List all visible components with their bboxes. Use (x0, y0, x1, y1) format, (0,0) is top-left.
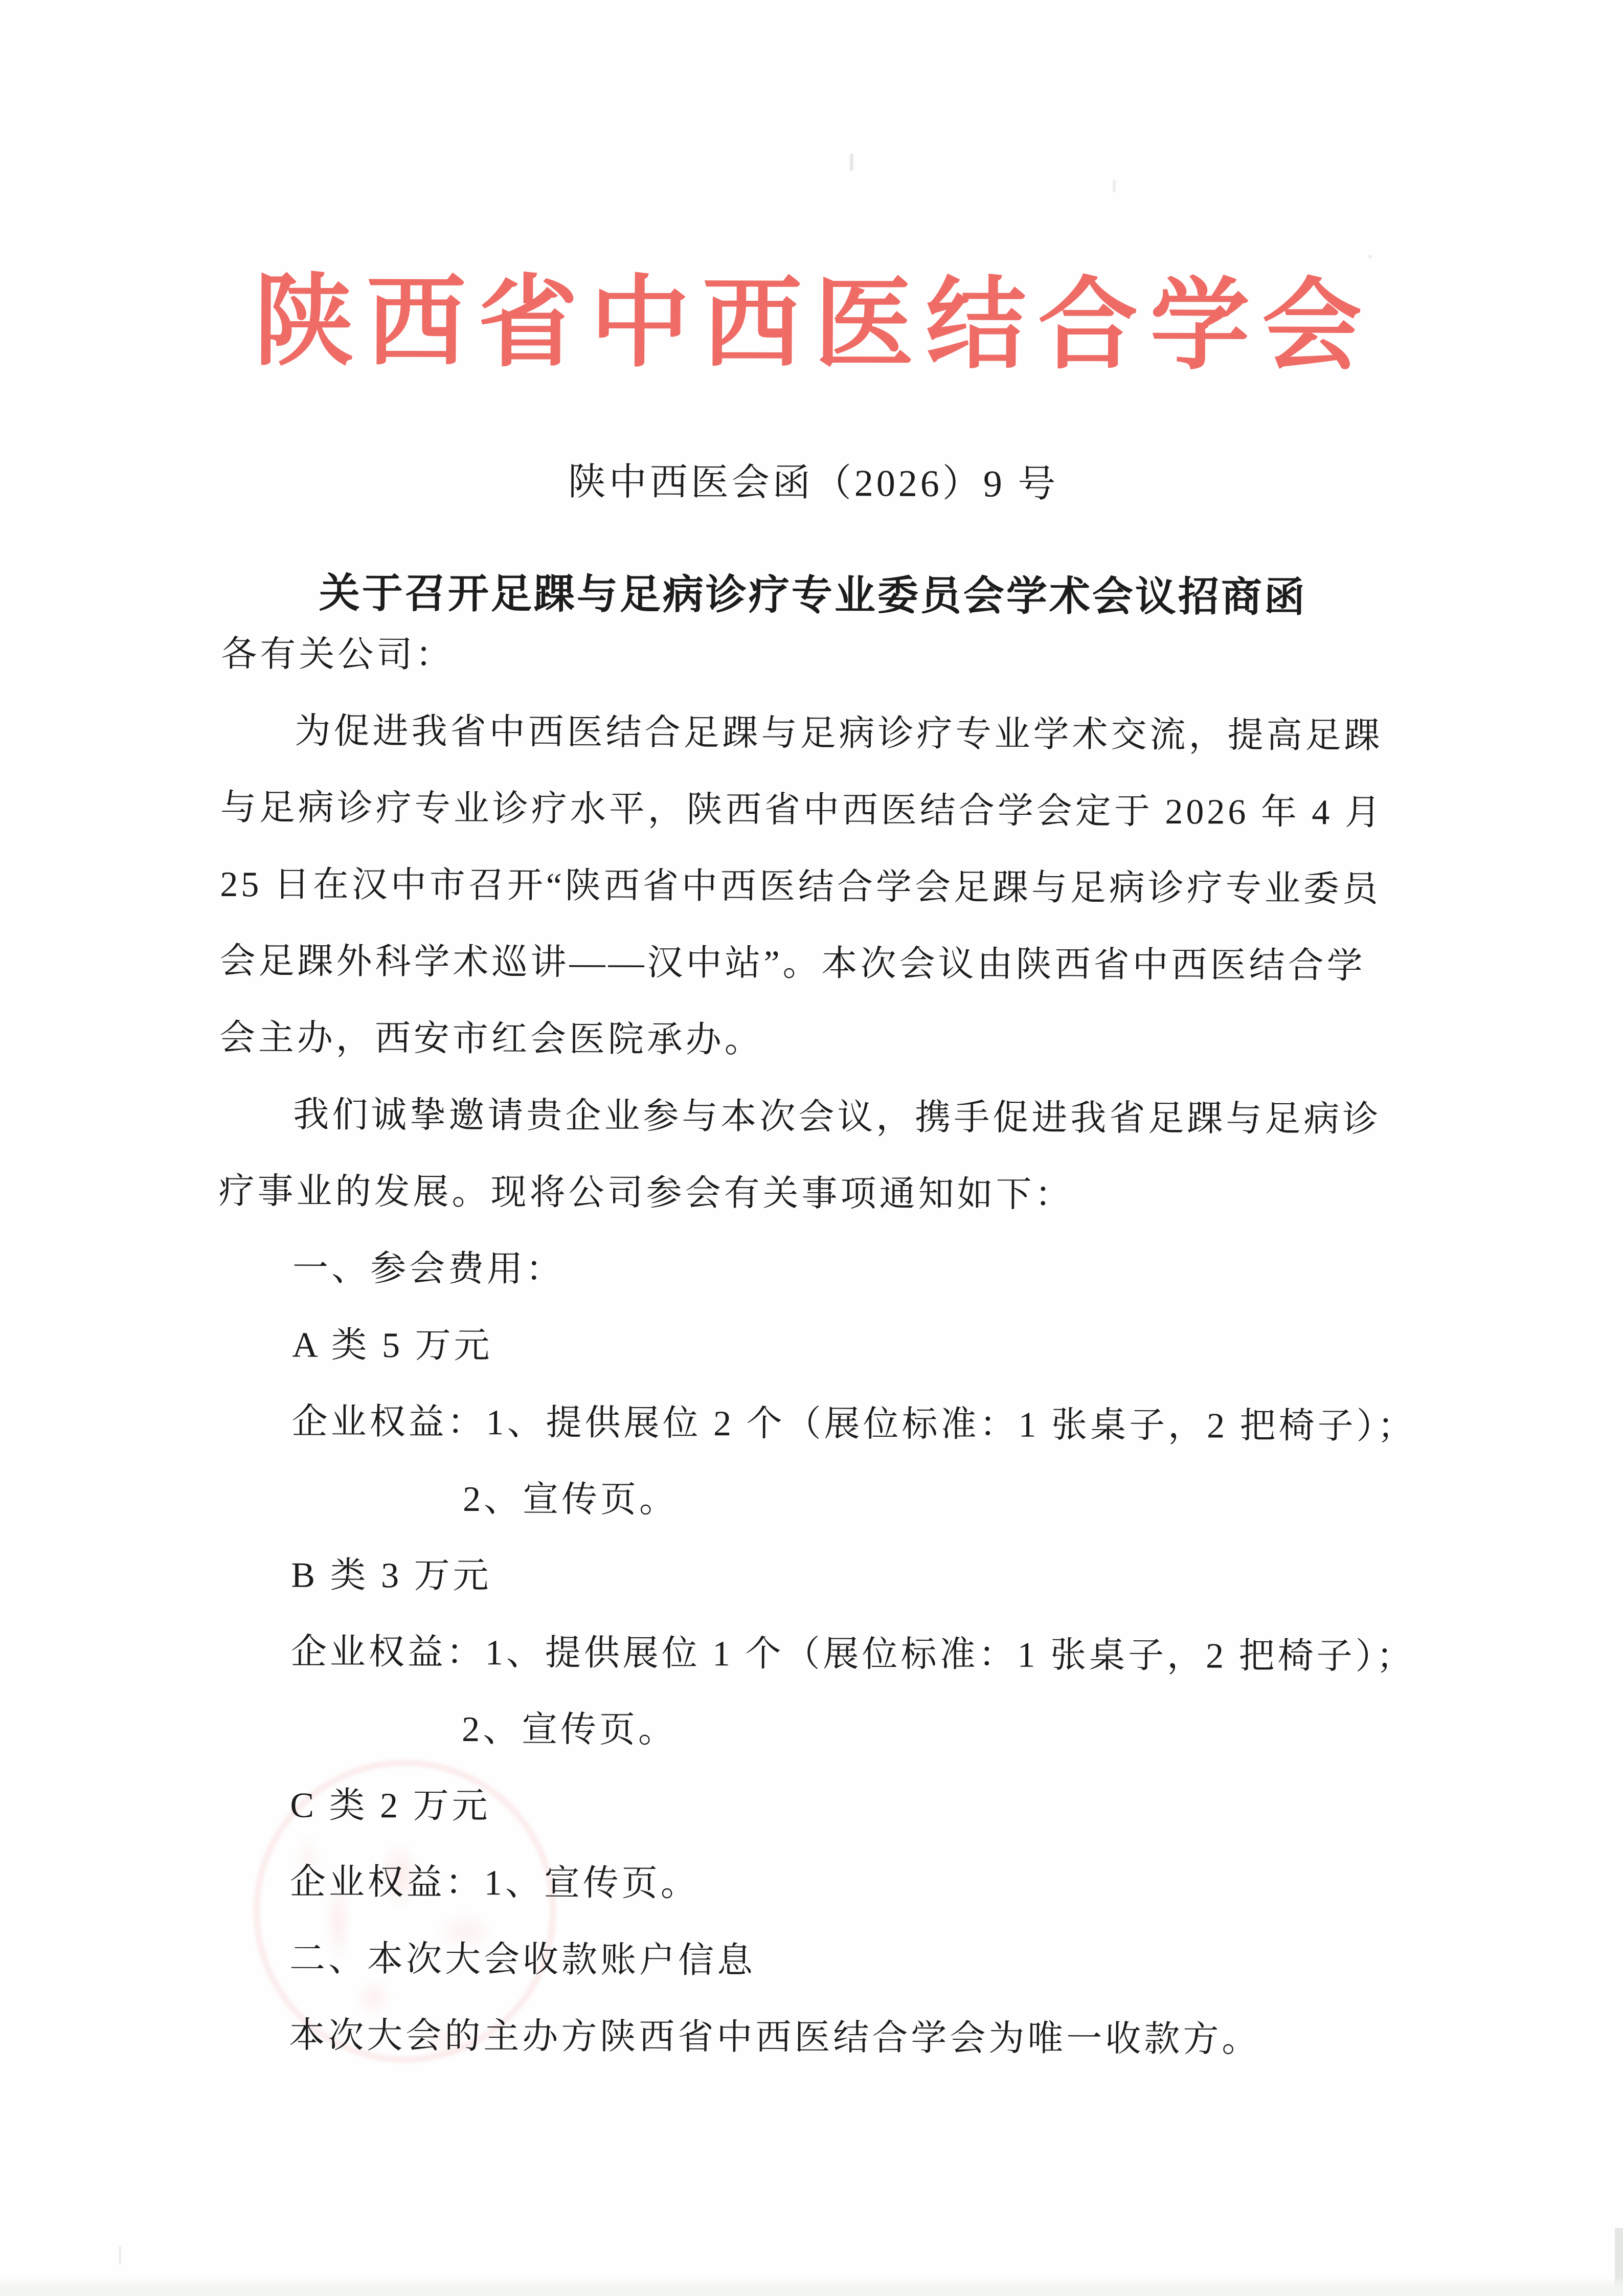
salutation-line: 各有关公司： (221, 616, 1430, 698)
text-line: 企业权益：1、提供展位 2 个（展位标准：1 张桌子，2 把椅子）； (217, 1384, 1427, 1465)
text-line: 我们诚挚邀请贵企业参与本次会议，携手促进我省足踝与足病诊 (219, 1077, 1428, 1158)
text-line: 与足病诊疗专业诊疗水平，陕西省中西医结合学会定于 2026 年 4 月 (220, 770, 1430, 852)
text-line: 2、宣传页。 (217, 1460, 1427, 1542)
scan-artifact (850, 153, 853, 171)
text-line: 为促进我省中西医结合足踝与足病诊疗专业学术交流，提高足踝 (220, 693, 1430, 775)
scan-artifact (1113, 180, 1116, 192)
section-heading-line: 二、本次大会收款账户信息 (215, 1921, 1425, 2002)
text-line: 25 日在汉中市召开“陕西省中西医结合学会足踝与足病诊疗专业委员 (220, 846, 1429, 928)
text-line: 本次大会的主办方陕西省中西医结合学会为唯一收款方。 (215, 1997, 1424, 2079)
document-body: 各有关公司： 为促进我省中西医结合足踝与足病诊疗专业学术交流，提高足踝 与足病诊… (215, 616, 1430, 2079)
section-heading-line: 一、参会费用： (218, 1230, 1428, 1312)
fee-tier-line: A 类 5 万元 (218, 1307, 1427, 1389)
letterhead-org-name: 陕西省中西医结合学会 (2, 250, 1623, 400)
text-line: 企业权益：1、提供展位 1 个（展位标准：1 张桌子，2 把椅子）； (216, 1614, 1426, 1696)
scanned-content: 陕西省中西医结合学会 陕中西医会函（2026）9 号 关于召开足踝与足病诊疗专业… (0, 0, 1623, 2296)
fee-tier-line: B 类 3 万元 (217, 1537, 1426, 1619)
text-line: 会主办，西安市红会医院承办。 (219, 1000, 1429, 1082)
text-line: 会足踝外科学术巡讲——汉中站”。本次会议由陕西省中西医结合学 (219, 923, 1429, 1005)
text-line: 疗事业的发展。现将公司参会有关事项通知如下： (218, 1153, 1428, 1235)
text-line: 企业权益：1、宣传页。 (215, 1844, 1425, 1926)
fee-tier-line: C 类 2 万元 (216, 1767, 1425, 1849)
document-number: 陕中西医会函（2026）9 号 (2, 447, 1623, 520)
text-line: 2、宣传页。 (216, 1690, 1426, 1772)
document-page: 陕西省中西医结合学会 陕中西医会函（2026）9 号 关于召开足踝与足病诊疗专业… (0, 0, 1623, 2296)
scan-edge-shadow (0, 2277, 1623, 2296)
scan-artifact (119, 2246, 121, 2265)
scan-artifact (1368, 255, 1372, 258)
